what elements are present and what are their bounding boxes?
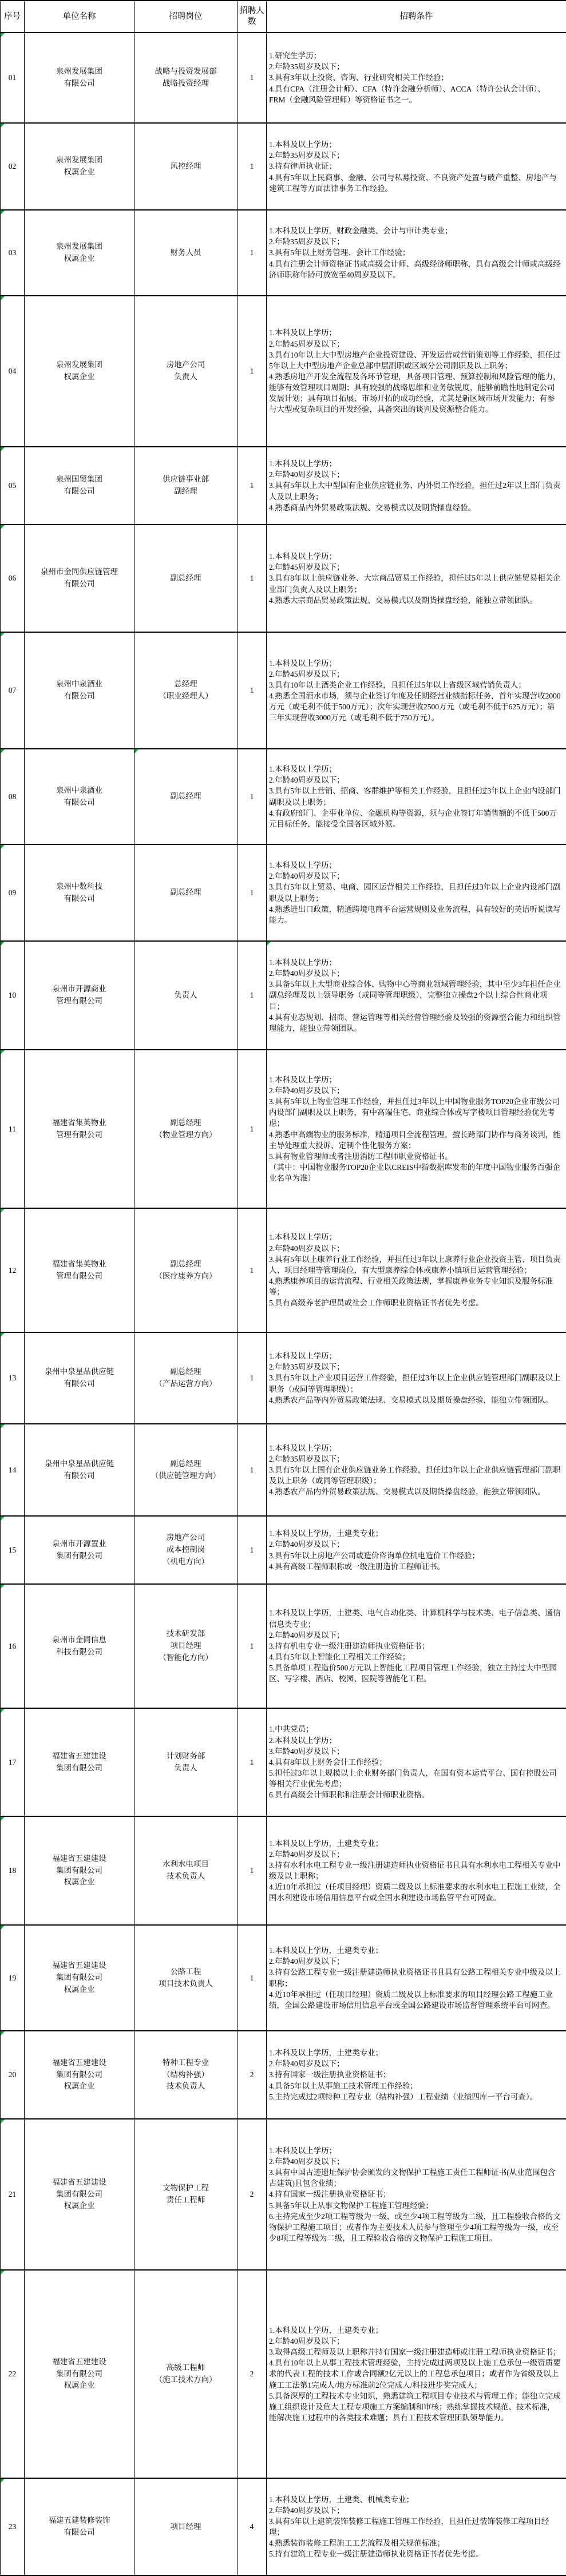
condition-line: 3.具有5年以上物业管理工作经验，并担任过3年以上中国物业服务TOP20企业市级… (269, 1096, 561, 1129)
position-cell: 副总经理 (134, 525, 238, 632)
company-name-line: 集团有限公司 (27, 1550, 132, 1562)
conditions-cell: 1.本科及以上学历；2.年龄35周岁及以下；3.持有律师执业证；4.具有5年以上… (267, 123, 566, 210)
company-name-line: 福建省五建建设 (27, 2177, 132, 2189)
company-name-line: 泉州市金同信息 (27, 1634, 132, 1646)
headcount-cell: 1 (238, 749, 267, 844)
condition-line: 1.本科及以上学历，土建类专业； (269, 2325, 561, 2336)
company-name-line: 有限公司 (27, 2527, 132, 2539)
position-cell: 副总经理（医疗康养方向） (134, 1208, 238, 1332)
condition-line: 5.具备单项工程造价500万元以上智能化工程项目管理工作经验，独立主持过大中型园… (269, 1662, 561, 1684)
company-cell: 泉州中泉酒业有限公司 (25, 749, 134, 844)
condition-line: 1.本科及以上学历； (269, 1351, 561, 1362)
company-name-line: 集团有限公司 (27, 1865, 132, 1877)
recruitment-table-page: 序号 单位名称 招聘岗位 招聘人数 招聘条件 01 泉州发展集团有限公司 战略与… (0, 0, 566, 2576)
position-line: 副经理 (137, 486, 235, 498)
conditions-cell: 1.本科及以上学历；2.年龄35周岁及以下；3.具有5年以上国有企业供应链业务工… (267, 1424, 566, 1516)
condition-line: 4.熟悉房地产开发全流程及各环节管理，具备项目管理、预算控制和风险管理的能力，能… (269, 371, 561, 415)
company-name-line: 科技有限公司 (27, 1646, 132, 1658)
company-cell: 泉州市金同信息科技有限公司 (25, 1584, 134, 1708)
table-row: 07 泉州中泉酒业有限公司 总经理（职业经理人） 1 1.本科及以上学历；2.年… (1, 632, 566, 749)
condition-line: 3.具有5年以上大中型国有企业供应链业务、内外贸工作经验，担任过2年以上部门负责… (269, 480, 561, 502)
condition-line: 1.本科及以上学历； (269, 2145, 561, 2156)
position-cell: 负责人 (134, 941, 238, 1050)
company-name-line: 泉州发展集团 (27, 154, 132, 166)
headcount-cell: 1 (238, 1208, 267, 1332)
condition-line: 1.本科及以上学历，土建类专业； (269, 2047, 561, 2058)
condition-line: 1.本科及以上学历； (269, 658, 561, 669)
condition-line: 5.具有物业管理师或者注册消防工程师职业资格证书。 (269, 1151, 561, 1162)
headcount-cell: 1 (238, 447, 267, 525)
position-cell: 副总经理（产品运营方向） (134, 1332, 238, 1424)
table-row: 22 福建省五建建设集团有限公司权属企业 高级工程师（施工技术方向） 2 1.本… (1, 2270, 566, 2478)
condition-line: 2.年龄40周岁及以下； (269, 2505, 561, 2516)
company-cell: 泉州市金同供应链管理有限公司 (25, 525, 134, 632)
condition-line: 1.本科及以上学历； (269, 551, 561, 562)
position-line: （施工技术方向） (137, 2374, 235, 2386)
position-line: 技术负责人 (137, 2081, 235, 2093)
company-cell: 泉州国贸集团有限公司 (25, 447, 134, 525)
position-line: 特种工程专业 (137, 2057, 235, 2069)
condition-line: 4.熟悉进出口政策，精通跨境电商平台运营规则及业务流程，具有较好的英语听说读写能… (269, 904, 561, 926)
company-name-line: 管理有限公司 (27, 1129, 132, 1141)
position-cell: 财务人员 (134, 210, 238, 296)
table-row: 19 福建省五建建设集团有限公司权属企业 公路工程项目技术负责人 1 1.本科及… (1, 1925, 566, 2031)
position-line: （智能化方向） (137, 1652, 235, 1664)
condition-line: 1.本科及以上学历； (269, 458, 561, 469)
table-row: 05 泉州国贸集团有限公司 供应链事业部副经理 1 1.本科及以上学历；2.年龄… (1, 447, 566, 525)
conditions-cell: 1.本科及以上学历，土建类专业；2.年龄40周岁及以下；3.取得高级工程师及以上… (267, 2270, 566, 2478)
condition-line: 4.持有国家一级注册执业资格证书； (269, 2189, 561, 2200)
header-requirements: 招聘条件 (267, 1, 566, 33)
condition-line: 5.主持完成过2项特种工程专业（结构补强）工程业绩（业绩四库一平台可查）。 (269, 2091, 561, 2102)
condition-line: 2.年龄40周岁及以下； (269, 1630, 561, 1641)
condition-line: 3.具有5年以上贸易、电商、园区运营相关工作经验，且担任过3年以上企业内设部门副… (269, 882, 561, 903)
conditions-cell: 1.本科及以上学历；2.年龄40周岁及以下；3.具备5年以上大型商业综合体、购物… (267, 941, 566, 1050)
condition-line: 1.研究生学历； (269, 50, 561, 61)
conditions-cell: 1.本科及以上学历；2.年龄40周岁及以下；3.具有5年以上大中型国有企业供应链… (267, 447, 566, 525)
headcount-cell: 1 (238, 33, 267, 123)
condition-line: 2.年龄40周岁及以下； (269, 1539, 561, 1550)
company-name-line: 权属企业 (27, 371, 132, 383)
position-cell: 副总经理（供应链管理方向） (134, 1424, 238, 1516)
position-line: 计划财务部 (137, 1751, 235, 1763)
position-line: 风控经理 (137, 161, 235, 173)
position-line: 责任工程师 (137, 2194, 235, 2206)
header-company-name: 单位名称 (25, 1, 134, 33)
company-name-line: 泉州中泉酒业 (27, 678, 132, 690)
conditions-cell: 1.本科及以上学历，土建类专业；2.年龄40周岁及以下；3.持有国家一级注册执业… (267, 2031, 566, 2119)
condition-line: 1.本科及以上学历； (269, 860, 561, 871)
table-row: 01 泉州发展集团有限公司 战略与投资发展部战略投资经理 1 1.研究生学历；2… (1, 33, 566, 123)
position-cell: 技术研发部项目经理（智能化方向） (134, 1584, 238, 1708)
serial-number-cell: 09 (1, 844, 25, 941)
position-line: 项目经理 (137, 2521, 235, 2533)
condition-line: 4.近10年承担过（任项目经理）资质二级及以上标准要求的项目经理公路工程施工业绩… (269, 1989, 561, 2011)
condition-line: 3.持有公路工程专业一级注册建造师执业资格证书且具有公路工程相关专业中级及以上职… (269, 1967, 561, 1988)
condition-line: 4.熟悉全国酒水市场，须与企业签订年度及任期经营业绩指标任务，首年实现营收200… (269, 690, 561, 723)
conditions-cell: 1.本科及以上学历；2.年龄40周岁及以下；3.具有5年以上营销、招商、客群维护… (267, 749, 566, 844)
condition-line: 4.熟悉大宗商品贸易政策法规、交易模式以及期货操盘经验，能独立带领团队。 (269, 595, 561, 606)
company-name-line: 泉州市开源商业 (27, 983, 132, 995)
company-name-line: 福建省五建建设 (27, 2356, 132, 2368)
position-line: 总经理 (137, 678, 235, 690)
condition-line: 1.本科及以上学历； (269, 1232, 561, 1243)
table-row: 13 泉州中泉星品供应链有限公司 副总经理（产品运营方向） 1 1.本科及以上学… (1, 1332, 566, 1424)
position-cell: 副总经理（物业管理方向） (134, 1050, 238, 1208)
position-line: 副总经理 (137, 1366, 235, 1378)
condition-line: 2.本科及以上学历； (269, 1735, 561, 1746)
serial-number-cell: 11 (1, 1050, 25, 1208)
conditions-cell: 1.研究生学历；2.年龄35周岁及以下；3.具有3年以上投资、咨询、行业研究相关… (267, 33, 566, 123)
table-row: 06 泉州市金同供应链管理有限公司 副总经理 1 1.本科及以上学历；2.年龄4… (1, 525, 566, 632)
serial-number-cell: 04 (1, 296, 25, 447)
position-line: 文物保护工程 (137, 2182, 235, 2194)
conditions-cell: 1.本科及以上学历；2.年龄40周岁及以下；3.具有中国古迹遗址保护协会颁发的文… (267, 2119, 566, 2270)
condition-line: 2.年龄40周岁及以下； (269, 2336, 561, 2347)
company-cell: 福建省五建建设集团有限公司 (25, 1708, 134, 1816)
condition-line: 1.本科及以上学历； (269, 327, 561, 338)
table-row: 14 泉州中泉星品供应链有限公司 副总经理（供应链管理方向） 1 1.本科及以上… (1, 1424, 566, 1516)
company-name-line: 福建省五建建设 (27, 1853, 132, 1865)
header-headcount: 招聘人数 (238, 1, 267, 33)
company-name-line: 有限公司 (27, 797, 132, 809)
headcount-cell: 1 (238, 1708, 267, 1816)
serial-number-cell: 21 (1, 2119, 25, 2270)
position-line: 成本控制岗 (137, 1544, 235, 1556)
serial-number-cell: 06 (1, 525, 25, 632)
company-name-line: 有限公司 (27, 690, 132, 702)
position-line: 战略与投资发展部 (137, 66, 235, 78)
company-name-line: 权属企业 (27, 2380, 132, 2392)
table-row: 11 福建省集英物业管理有限公司 副总经理（物业管理方向） 1 1.本科及以上学… (1, 1050, 566, 1208)
headcount-cell: 1 (238, 941, 267, 1050)
position-cell: 特种工程专业（结构补强）技术负责人 (134, 2031, 238, 2119)
condition-line: 3.持有国家一级注册执业资格证书； (269, 2069, 561, 2080)
condition-line: 2.年龄40周岁及以下； (269, 775, 561, 785)
company-name-line: 泉州中泉星品供应链 (27, 1366, 132, 1378)
serial-number-cell: 05 (1, 447, 25, 525)
condition-line: 2.年龄35周岁及以下； (269, 1454, 561, 1464)
company-name-line: 福建省五建建设 (27, 2057, 132, 2069)
condition-line: 2.年龄40周岁及以下； (269, 1849, 561, 1860)
conditions-cell: 1.本科及以上学历；2.年龄45周岁及以下；3.具有8年以上供应链业务、大宗商品… (267, 525, 566, 632)
company-name-line: 泉州中泉酒业 (27, 785, 132, 797)
serial-number-cell: 14 (1, 1424, 25, 1516)
table-row: 20 福建省五建建设集团有限公司权属企业 特种工程专业（结构补强）技术负责人 2… (1, 2031, 566, 2119)
position-line: （机电方向） (137, 1556, 235, 1568)
company-cell: 泉州市开源商业管理有限公司 (25, 941, 134, 1050)
position-line: （供应链管理方向） (137, 1470, 235, 1482)
headcount-cell: 2 (238, 2119, 267, 2270)
company-name-line: 集团有限公司 (27, 1763, 132, 1775)
position-cell: 副总经理 (134, 844, 238, 941)
company-name-line: 泉州市开源置业 (27, 1538, 132, 1550)
company-name-line: 福建省五建建设 (27, 1751, 132, 1763)
condition-line: 2.年龄45周岁及以下； (269, 562, 561, 573)
headcount-cell: 4 (238, 2478, 267, 2575)
position-line: 副总经理 (137, 887, 235, 899)
headcount-cell: 1 (238, 1516, 267, 1584)
condition-line: 2.年龄45周岁及以下； (269, 669, 561, 680)
company-cell: 泉州中泉星品供应链有限公司 (25, 1332, 134, 1424)
company-cell: 福建五建装修装饰有限公司 (25, 2478, 134, 2575)
condition-line: 4.熟悉康养项目的运营流程、行业相关政策法规，掌握康养业务专业知识及服务标准等； (269, 1276, 561, 1297)
table-row: 21 福建省五建建设集团有限公司权属企业 文物保护工程责任工程师 2 1.本科及… (1, 2119, 566, 2270)
position-cell: 文物保护工程责任工程师 (134, 2119, 238, 2270)
condition-line: 3.取得高级工程师及以上职称并持有国家一级注册建造师或注册工程师执业资格证书； (269, 2347, 561, 2357)
condition-line: 4.熟悉装饰装修工程施工工艺流程及相关规范标准； (269, 2538, 561, 2549)
condition-line: 4.具有注册会计师资格证书或高级会计师、高级经济师职称，具有高级会计师或高级经济… (269, 259, 561, 280)
conditions-cell: 1.本科及以上学历，财政金融类、会计与审计类专业；2.年龄35周岁及以下；3.具… (267, 210, 566, 296)
condition-line: 1.本科及以上学历，土建类、电气自动化类、计算机科学与技术类、电子信息类、通信信… (269, 1607, 561, 1629)
company-name-line: 管理有限公司 (27, 995, 132, 1007)
position-cell: 高级工程师（施工技术方向） (134, 2270, 238, 2478)
position-line: 房地产公司 (137, 359, 235, 371)
headcount-cell: 1 (238, 210, 267, 296)
company-name-line: 福建省集英物业 (27, 1259, 132, 1271)
condition-line: 4.有政府部门、企事业单位、金融机构等资源，须与企业签订年销售额的不低于500万… (269, 808, 561, 829)
table-row: 04 泉州发展集团权属企业 房地产公司负责人 1 1.本科及以上学历；2.年龄4… (1, 296, 566, 447)
position-cell: 公路工程项目技术负责人 (134, 1925, 238, 2031)
company-name-line: 有限公司 (27, 78, 132, 90)
condition-line: 4.近10年承担过（任项目经理）资质二级及以上标准要求的水利水电工程施工业绩，全… (269, 1882, 561, 1903)
position-line: （物业管理方向） (137, 1129, 235, 1141)
position-line: （产品运营方向） (137, 1378, 235, 1390)
condition-line: 3.具有3年以上投资、咨询、行业研究相关工作经验； (269, 72, 561, 83)
condition-line: 4.熟悉中高端物业的服务标准，精通项目全流程管理，擅长跨部门协作与商务谈判，能主… (269, 1129, 561, 1151)
condition-line: 2.年龄40周岁及以下； (269, 1243, 561, 1254)
condition-line: 3.具有5年以上财务管理、会计工作经验； (269, 247, 561, 258)
company-cell: 泉州发展集团权属企业 (25, 296, 134, 447)
condition-line: 3.具有5年以上国有企业供应链业务工作经验，担任过3年以上企业供应链管理部门副职… (269, 1464, 561, 1486)
conditions-cell: 1.本科及以上学历；2.年龄40周岁及以下；3.具有5年以上物业管理工作经验，并… (267, 1050, 566, 1208)
company-name-line: 福建省集英物业 (27, 1117, 132, 1129)
condition-line: 1.本科及以上学历，土建类专业； (269, 1838, 561, 1849)
company-name-line: 有限公司 (27, 486, 132, 498)
position-cell: 房地产公司成本控制岗（机电方向） (134, 1516, 238, 1584)
serial-number-cell: 22 (1, 2270, 25, 2478)
serial-number-cell: 16 (1, 1584, 25, 1708)
recruitment-table: 序号 单位名称 招聘岗位 招聘人数 招聘条件 01 泉州发展集团有限公司 战略与… (0, 0, 566, 2576)
table-row: 08 泉州中泉酒业有限公司 副总经理 1 1.本科及以上学历；2.年龄40周岁及… (1, 749, 566, 844)
table-row: 15 泉州市开源置业集团有限公司 房地产公司成本控制岗（机电方向） 1 1.本科… (1, 1516, 566, 1584)
condition-line: 2.年龄40周岁及以下； (269, 1956, 561, 1967)
condition-line: （其中：中国物业服务TOP20企业以CREIS中指数据库发布的年度中国物业服务百… (269, 1162, 561, 1184)
condition-line: 3.具备5年以上大型商业综合体、购物中心等商业领域管理经验，其中至少3年担任企业… (269, 979, 561, 1011)
company-name-line: 泉州发展集团 (27, 359, 132, 371)
company-name-line: 集团有限公司 (27, 1972, 132, 1984)
company-cell: 泉州中泉酒业有限公司 (25, 632, 134, 749)
company-name-line: 泉州市金同供应链管理 (27, 566, 132, 578)
serial-number-cell: 15 (1, 1516, 25, 1584)
condition-line: 4.具有5年以上民商事、金融、公司与私募投资、不良资产处置与破产重整、房地产与建… (269, 172, 561, 194)
company-cell: 福建省五建建设集团有限公司权属企业 (25, 1925, 134, 2031)
serial-number-cell: 17 (1, 1708, 25, 1816)
serial-number-cell: 18 (1, 1816, 25, 1925)
condition-line: 1.本科及以上学历； (269, 139, 561, 150)
position-cell: 总经理（职业经理人） (134, 632, 238, 749)
position-cell: 供应链事业部副经理 (134, 447, 238, 525)
condition-line: 1.本科及以上学历； (269, 957, 561, 968)
conditions-cell: 1.本科及以上学历，土建类、机械类专业；2.年龄40周岁及以下；3.具有5年以上… (267, 2478, 566, 2575)
serial-number-cell: 01 (1, 33, 25, 123)
condition-line: 2.年龄35周岁及以下； (269, 1362, 561, 1372)
condition-line: 2.年龄40周岁及以下； (269, 871, 561, 882)
position-line: （结构补强） (137, 2069, 235, 2081)
company-cell: 泉州市开源置业集团有限公司 (25, 1516, 134, 1584)
serial-number-cell: 02 (1, 123, 25, 210)
company-name-line: 权属企业 (27, 166, 132, 178)
conditions-cell: 1.本科及以上学历；2.年龄35周岁及以下；3.具有5年以上产业项目运营工作经验… (267, 1332, 566, 1424)
condition-line: 1.本科及以上学历； (269, 1443, 561, 1454)
table-row: 16 泉州市金同信息科技有限公司 技术研发部项目经理（智能化方向） 1 1.本科… (1, 1584, 566, 1708)
position-line: 财务人员 (137, 247, 235, 259)
headcount-cell: 1 (238, 1584, 267, 1708)
company-name-line: 集团有限公司 (27, 2189, 132, 2201)
condition-line: 4.熟悉农产品内外贸易政策法规、交易模式以及期货操盘经验，能独立带领团队。 (269, 1486, 561, 1497)
company-cell: 泉州中数科技有限公司 (25, 844, 134, 941)
serial-number-cell: 10 (1, 941, 25, 1050)
table-row: 12 福建省集英物业管理有限公司 副总经理（医疗康养方向） 1 1.本科及以上学… (1, 1208, 566, 1332)
condition-line: 5.具备深厚的工程技术专业知识，熟悉建筑工程项目专业技术与管理工作；能独立完成施… (269, 2391, 561, 2423)
condition-line: 4.具有高级工程师职称或一级注册造价工程师证书。 (269, 1561, 561, 1572)
headcount-cell: 1 (238, 296, 267, 447)
header-serial-number: 序号 (1, 1, 25, 33)
condition-line: 3.具有5年以上房地产公司或造价咨询单位机电造价工作经验； (269, 1550, 561, 1561)
position-cell: 战略与投资发展部战略投资经理 (134, 33, 238, 123)
company-cell: 泉州中泉星品供应链有限公司 (25, 1424, 134, 1516)
position-line: 副总经理 (137, 791, 235, 803)
headcount-cell: 1 (238, 1050, 267, 1208)
conditions-cell: 1.本科及以上学历；2.年龄45周岁及以下；3.具有10年以上大中型房地产企业投… (267, 296, 566, 447)
condition-line: 3.具有5年以上建筑装饰装修工程施工管理工作经验，且担任过装饰装修工程项目经理； (269, 2516, 561, 2538)
company-cell: 泉州发展集团权属企业 (25, 123, 134, 210)
condition-line: 5.持有建筑工程专业一级注册建造师执业资格证书者优先考虑。 (269, 2549, 561, 2559)
headcount-cell: 1 (238, 123, 267, 210)
condition-line: 3.具有10年以上大中型房地产企业投资建设、开发运营或营销策划等工作经验，担任过… (269, 350, 561, 371)
conditions-cell: 1.本科及以上学历，土建类、电气自动化类、计算机科学与技术类、电子信息类、通信信… (267, 1584, 566, 1708)
table-row: 09 泉州中数科技有限公司 副总经理 1 1.本科及以上学历；2.年龄40周岁及… (1, 844, 566, 941)
position-cell: 副总经理 (134, 749, 238, 844)
conditions-cell: 1.本科及以上学历；2.年龄40周岁及以下；3.具有5年以上康养行业工作经验，并… (267, 1208, 566, 1332)
company-name-line: 权属企业 (27, 2081, 132, 2093)
table-row: 02 泉州发展集团权属企业 风控经理 1 1.本科及以上学历；2.年龄35周岁及… (1, 123, 566, 210)
serial-number-cell: 03 (1, 210, 25, 296)
serial-number-cell: 08 (1, 749, 25, 844)
company-name-line: 有限公司 (27, 578, 132, 590)
condition-line: 3.具有5年以上康养行业工作经验，并担任过3年以上康养行业企业投资主管、项目负责… (269, 1254, 561, 1276)
position-cell: 房地产公司负责人 (134, 296, 238, 447)
position-line: 负责人 (137, 371, 235, 383)
condition-line: 1.本科及以上学历； (269, 764, 561, 775)
condition-line: 1.本科及以上学历，土建类专业； (269, 1528, 561, 1539)
condition-line: 4.熟悉商品内外贸易政策法规、交易模式以及期货操盘经验。 (269, 502, 561, 513)
condition-line: 1.本科及以上学历，财政金融类、会计与审计类专业； (269, 225, 561, 236)
condition-line: 4.熟悉农产品等内外贸易政策法规、交易模式以及期货操盘经验，能独立带领团队。 (269, 1395, 561, 1406)
condition-line: 4.具有CPA（注册会计师）、CFA（特许金融分析师）、ACCA（特许公认会计师… (269, 84, 561, 105)
company-cell: 福建省集英物业管理有限公司 (25, 1050, 134, 1208)
company-cell: 福建省五建建设集团有限公司权属企业 (25, 1816, 134, 1925)
serial-number-cell: 12 (1, 1208, 25, 1332)
conditions-cell: 1.本科及以上学历，土建类专业；2.年龄40周岁及以下；3.具有5年以上房地产公… (267, 1516, 566, 1584)
condition-line: 2.年龄35周岁及以下； (269, 61, 561, 72)
condition-line: 3.持有律师执业证； (269, 161, 561, 172)
company-name-line: 权属企业 (27, 1876, 132, 1888)
company-name-line: 泉州中数科技 (27, 881, 132, 893)
position-line: 技术负责人 (137, 1871, 235, 1883)
company-cell: 福建省五建建设集团有限公司权属企业 (25, 2119, 134, 2270)
job-table-body: 01 泉州发展集团有限公司 战略与投资发展部战略投资经理 1 1.研究生学历；2… (1, 33, 566, 2575)
table-row: 10 泉州市开源商业管理有限公司 负责人 1 1.本科及以上学历；2.年龄40周… (1, 941, 566, 1050)
company-name-line: 泉州中泉星品供应链 (27, 1458, 132, 1470)
condition-line: 1.中共党员； (269, 1724, 561, 1734)
company-name-line: 有限公司 (27, 1378, 132, 1390)
conditions-cell: 1.中共党员；2.本科及以上学历；3.年龄40周岁及以下；4.具有8年以上财务会… (267, 1708, 566, 1816)
position-line: 负责人 (137, 1763, 235, 1775)
company-name-line: 集团有限公司 (27, 2069, 132, 2081)
company-name-line: 权属企业 (27, 2200, 132, 2212)
company-name-line: 有限公司 (27, 893, 132, 905)
position-line: 副总经理 (137, 1259, 235, 1271)
company-name-line: 权属企业 (27, 1984, 132, 1996)
condition-line: 2.年龄35周岁及以下； (269, 150, 561, 161)
position-line: （医疗康养方向） (137, 1271, 235, 1283)
company-cell: 泉州发展集团权属企业 (25, 210, 134, 296)
condition-line: 5.具备5年以上从事文物保护工程施工管理经验； (269, 2200, 561, 2211)
position-line: 房地产公司 (137, 1532, 235, 1544)
headcount-cell: 1 (238, 1816, 267, 1925)
company-cell: 泉州发展集团有限公司 (25, 33, 134, 123)
condition-line: 4.具有10年以上从事工程技术管理经验，主持完成过两项及以上施工总承包一级资质要… (269, 2357, 561, 2390)
position-line: 副总经理 (137, 1117, 235, 1129)
condition-line: 5.担任过3年以上规模以上企业财务部门负责人，在国有资本运营平台、国有控股公司等… (269, 1768, 561, 1789)
position-cell: 计划财务部负责人 (134, 1708, 238, 1816)
serial-number-cell: 23 (1, 2478, 25, 2575)
position-line: 副总经理 (137, 1458, 235, 1470)
condition-line: 2.年龄40周岁及以下； (269, 2058, 561, 2069)
condition-line: 1.本科及以上学历，土建类专业； (269, 1945, 561, 1956)
condition-line: 4.具有5年以上智能化工程相关工作经验； (269, 1652, 561, 1662)
position-cell: 水利水电项目技术负责人 (134, 1816, 238, 1925)
company-name-line: 管理有限公司 (27, 1271, 132, 1283)
company-name-line: 泉州发展集团 (27, 66, 132, 78)
condition-line: 4.具有8年以上财务会计工作经验； (269, 1757, 561, 1768)
headcount-cell: 2 (238, 2031, 267, 2119)
serial-number-cell: 20 (1, 2031, 25, 2119)
header-position: 招聘岗位 (134, 1, 238, 33)
serial-number-cell: 13 (1, 1332, 25, 1424)
company-name-line: 有限公司 (27, 1470, 132, 1482)
position-line: 供应链事业部 (137, 474, 235, 486)
condition-line: 2.年龄35周岁及以下； (269, 236, 561, 247)
condition-line: 3.具有8年以上供应链业务、大宗商品贸易工作经验，担任过5年以上供应链贸易相关企… (269, 573, 561, 594)
position-cell: 风控经理 (134, 123, 238, 210)
company-cell: 福建省五建建设集团有限公司权属企业 (25, 2270, 134, 2478)
conditions-cell: 1.本科及以上学历；2.年龄45周岁及以下；3.具有10年以上酒类企业工作经验，… (267, 632, 566, 749)
headcount-cell: 2 (238, 2270, 267, 2478)
position-line: 公路工程 (137, 1966, 235, 1978)
condition-line: 6.主持完成至少2项工程等级为一级，或至少4项工程等级为二级，且工程验收合格的文… (269, 2211, 561, 2244)
headcount-cell: 1 (238, 525, 267, 632)
table-row: 18 福建省五建建设集团有限公司权属企业 水利水电项目技术负责人 1 1.本科及… (1, 1816, 566, 1925)
headcount-cell: 1 (238, 844, 267, 941)
headcount-cell: 1 (238, 1925, 267, 2031)
table-row: 23 福建五建装修装饰有限公司 项目经理 4 1.本科及以上学历，土建类、机械类… (1, 2478, 566, 2575)
condition-line: 3.年龄40周岁及以下； (269, 1746, 561, 1757)
condition-line: 3.持有水利水电工程专业一级注册建造师执业资格证书且具有水利水电工程相关专业中级… (269, 1860, 561, 1882)
company-name-line: 福建省五建建设 (27, 1960, 132, 1972)
condition-line: 2.年龄40周岁及以下； (269, 469, 561, 480)
